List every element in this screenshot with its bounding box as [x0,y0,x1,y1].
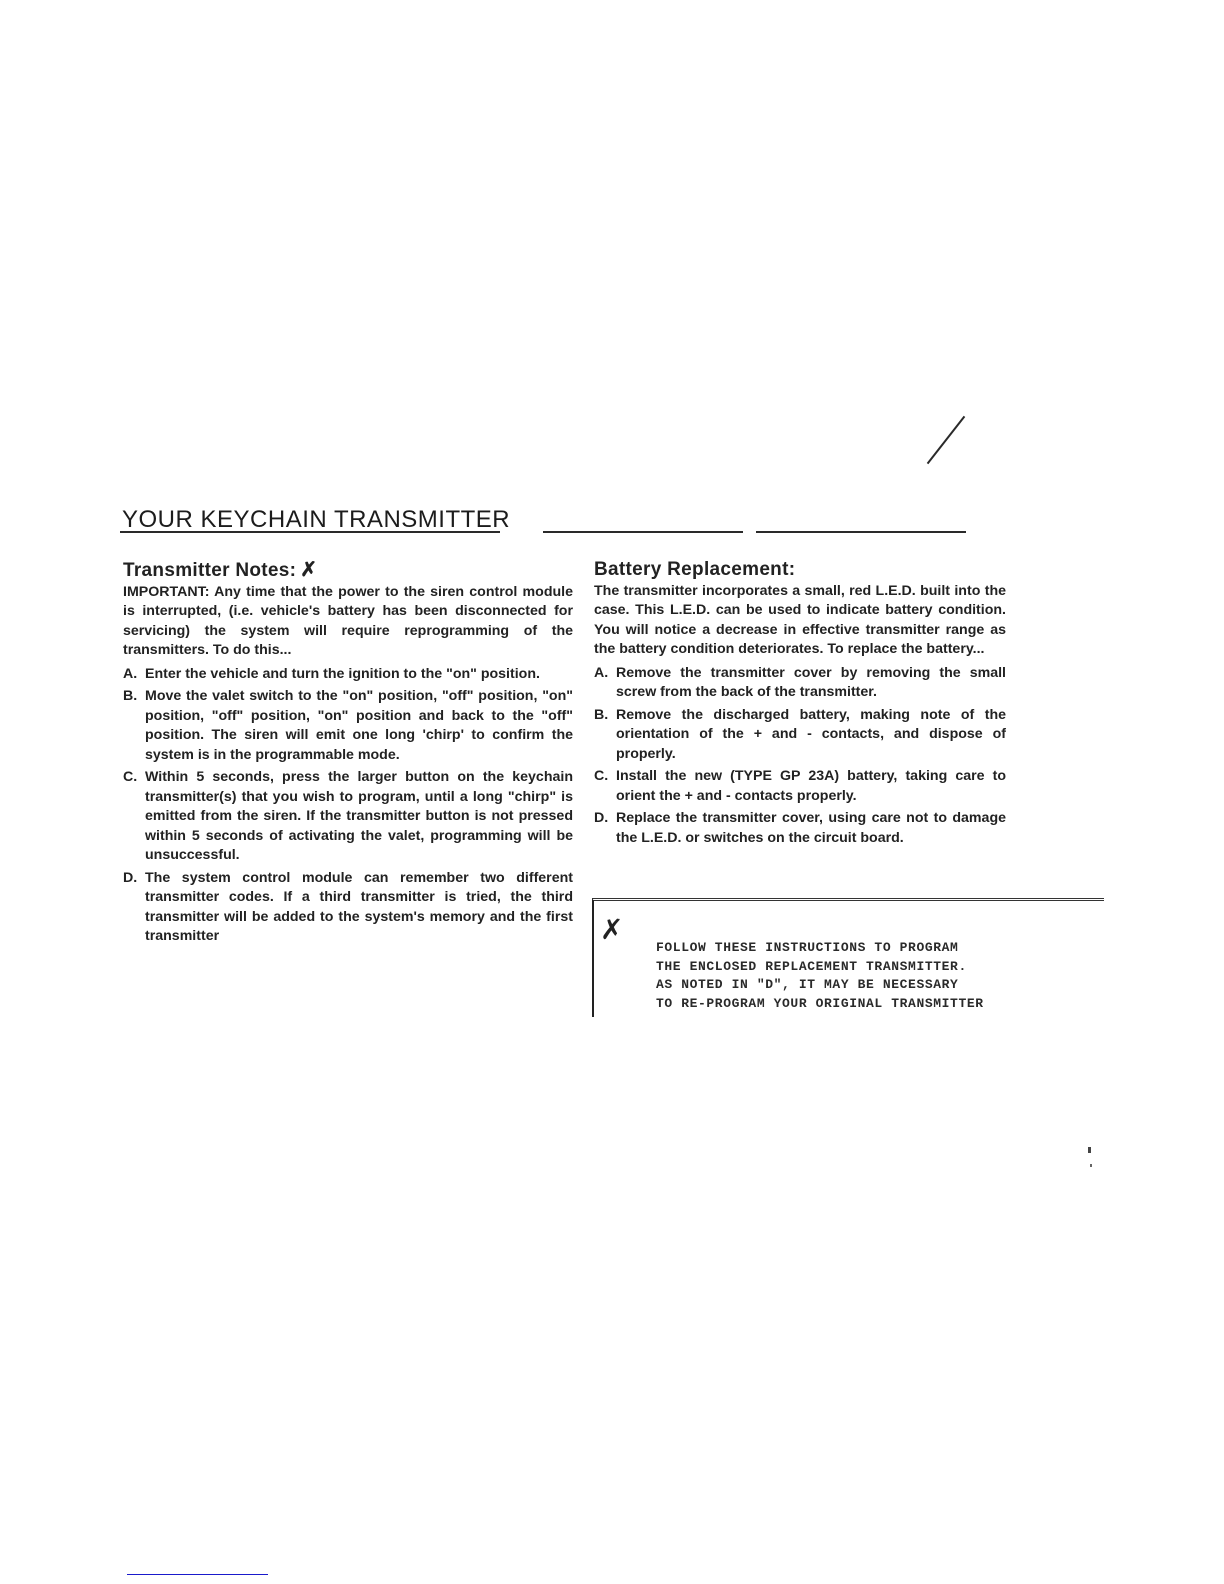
handwritten-slash-mark [927,416,966,465]
title-rule [543,531,743,533]
list-item: C.Within 5 seconds, press the larger but… [123,768,573,866]
battery-replacement-heading: Battery Replacement: [594,560,1006,580]
scan-speck [1088,1147,1091,1153]
note-line: FOLLOW THESE INSTRUCTIONS TO PROGRAM [656,939,1096,958]
handwritten-star-icon: ✗ [600,913,623,946]
battery-replacement-column: Battery Replacement: The transmitter inc… [594,560,1006,851]
bottom-underline [127,1574,268,1575]
list-item: A.Enter the vehicle and turn the ignitio… [123,665,573,685]
list-item: C.Install the new (TYPE GP 23A) battery,… [594,767,1006,806]
transmitter-notes-heading: Transmitter Notes:✗ [123,560,573,581]
list-item: B.Move the valet switch to the "on" posi… [123,687,573,765]
note-line: TO RE-PROGRAM YOUR ORIGINAL TRANSMITTER [656,995,1096,1014]
transmitter-notes-column: Transmitter Notes:✗ IMPORTANT: Any time … [123,560,573,950]
title-rule [120,531,500,533]
battery-steps: A.Remove the transmitter cover by removi… [594,664,1006,849]
section-title: YOUR KEYCHAIN TRANSMITTER [122,506,510,534]
scan-speck [1090,1164,1092,1167]
note-line: AS NOTED IN "D", IT MAY BE NECESSARY [656,976,1096,995]
list-item: D.The system control module can remember… [123,869,573,947]
title-rule [756,531,966,533]
replacement-note-box: ✗ FOLLOW THESE INSTRUCTIONS TO PROGRAM T… [592,898,1104,1017]
programming-steps: A.Enter the vehicle and turn the ignitio… [123,665,573,947]
note-line: THE ENCLOSED REPLACEMENT TRANSMITTER. [656,958,1096,977]
important-paragraph: IMPORTANT: Any time that the power to th… [123,583,573,661]
handwritten-star-icon: ✗ [300,557,317,581]
list-item: A.Remove the transmitter cover by removi… [594,664,1006,703]
battery-intro-paragraph: The transmitter incorporates a small, re… [594,582,1006,660]
list-item: D.Replace the transmitter cover, using c… [594,809,1006,848]
typed-note: FOLLOW THESE INSTRUCTIONS TO PROGRAM THE… [656,939,1096,1013]
list-item: B.Remove the discharged battery, making … [594,706,1006,765]
